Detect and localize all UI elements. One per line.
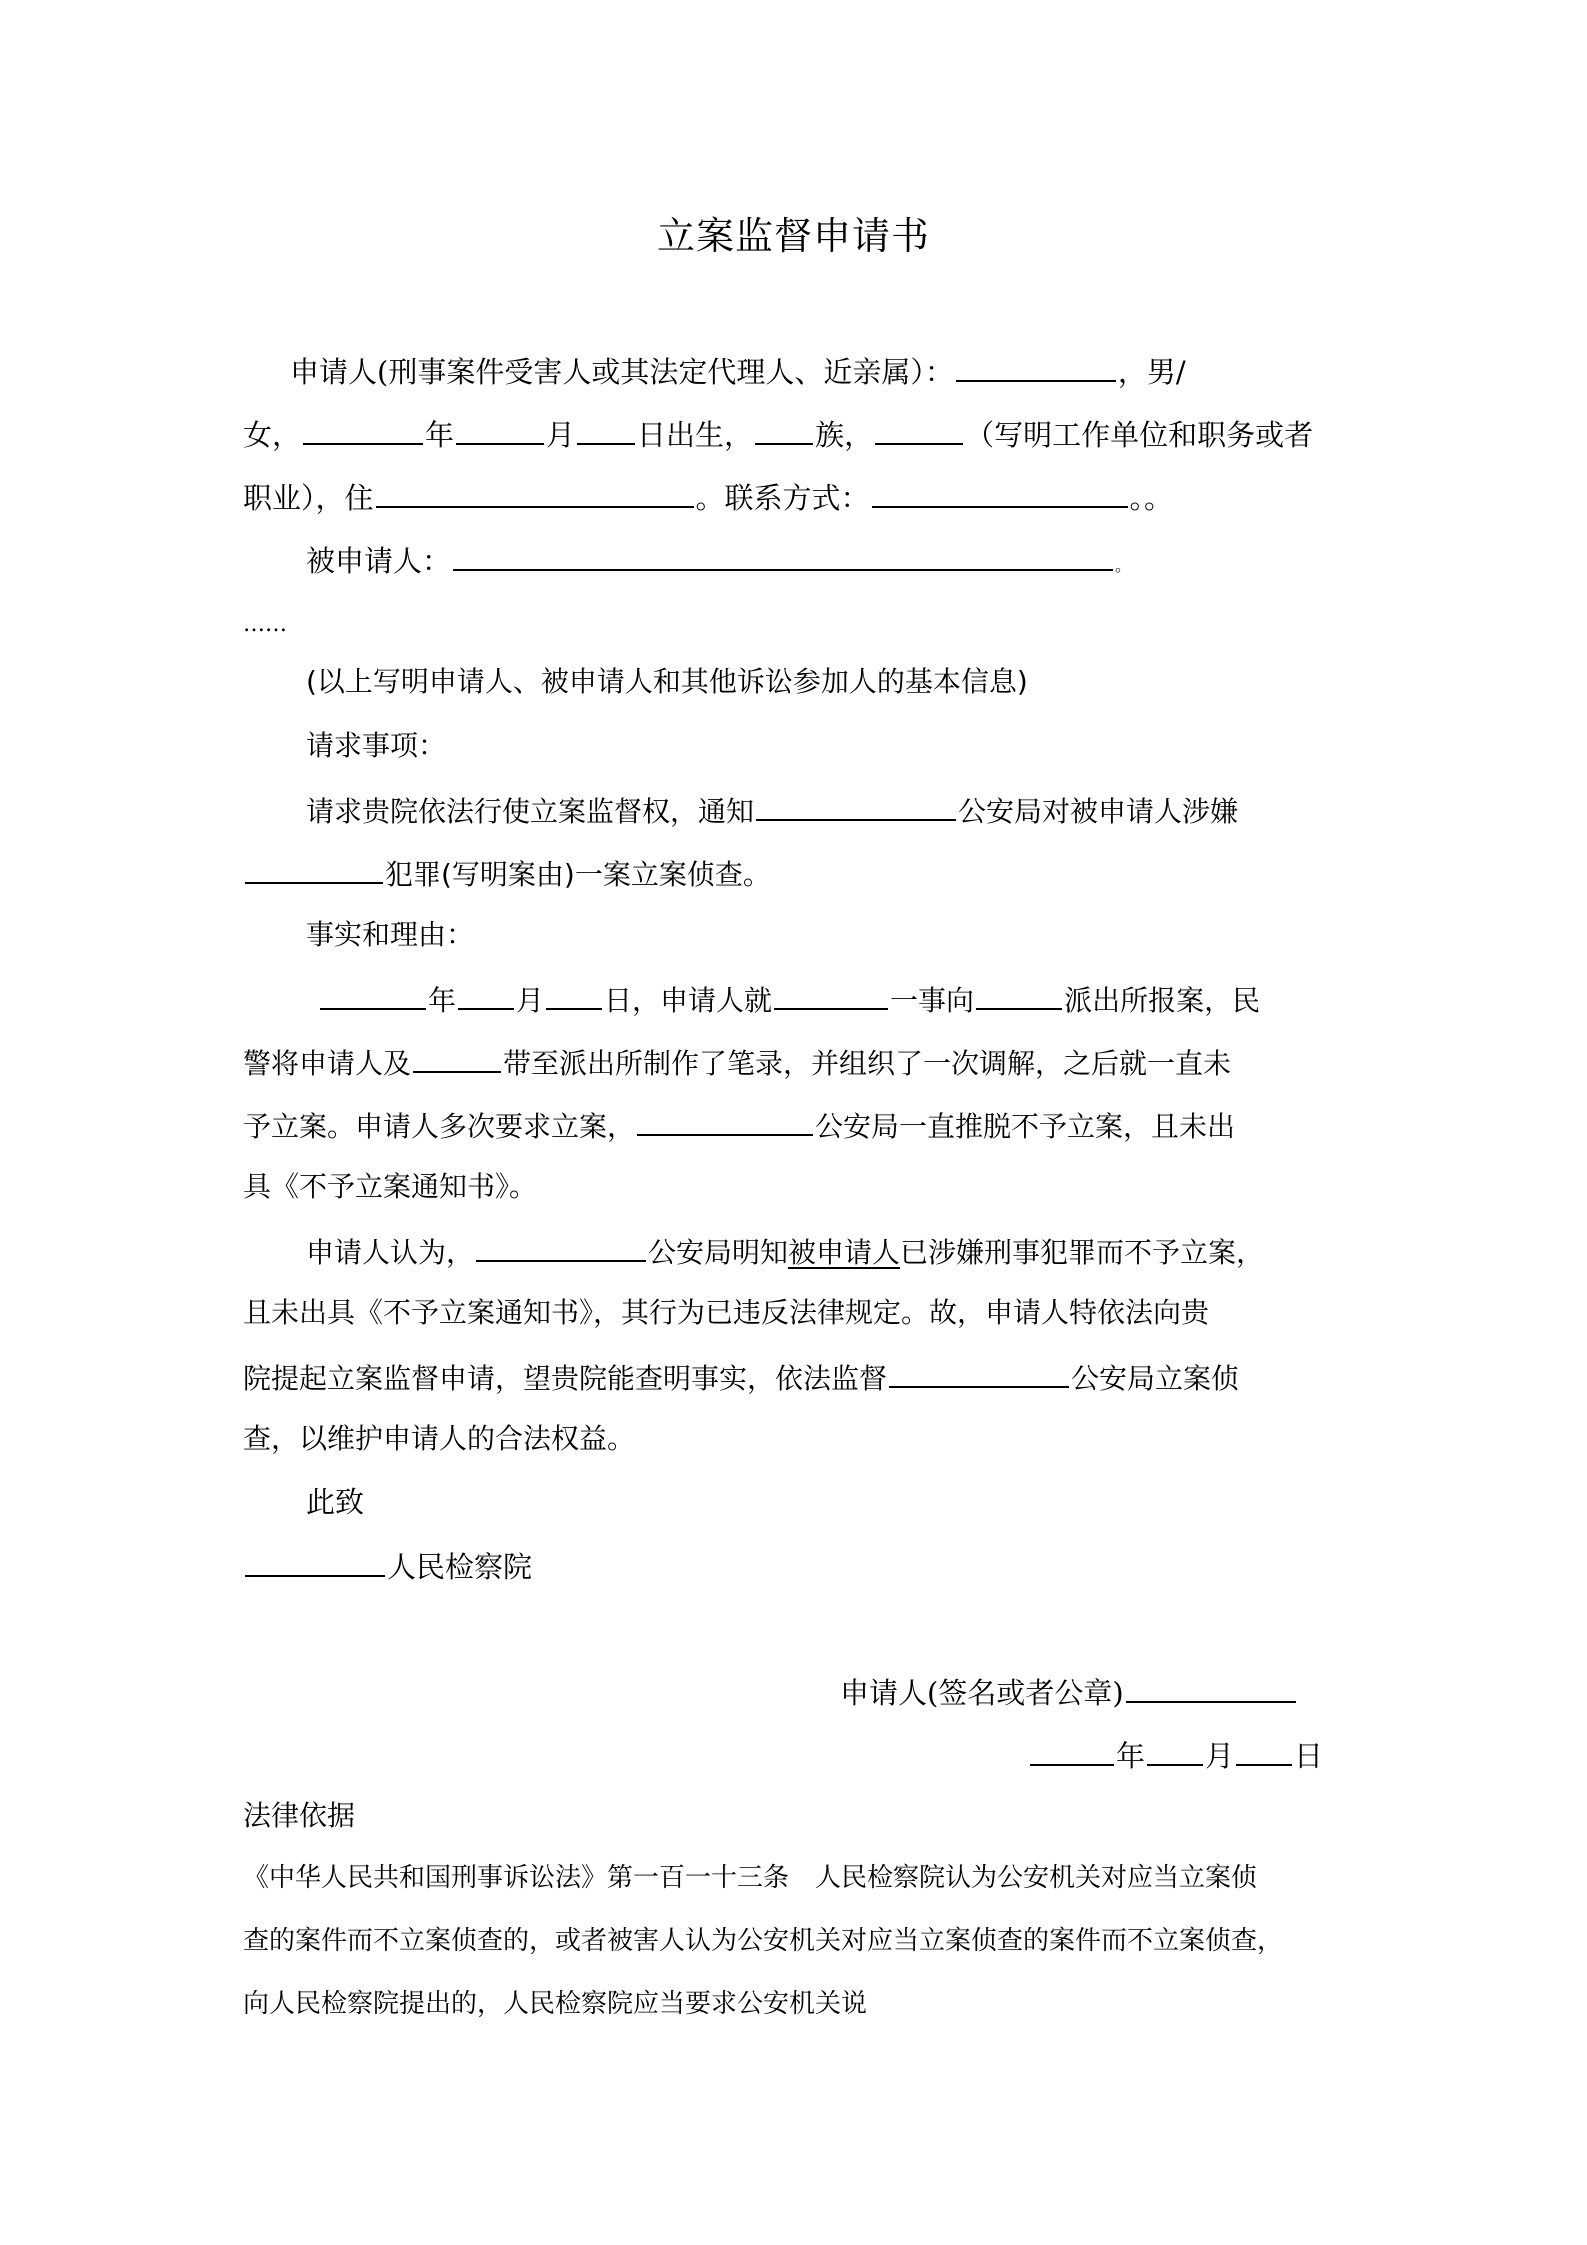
salutation: 此致 (306, 1482, 1426, 1522)
person-blank[interactable] (413, 1041, 501, 1073)
address-blank[interactable] (376, 476, 694, 508)
legal-basis-line-3: 向人民检察院提出的，人民检察院应当要求公安机关说 (243, 1984, 1363, 2024)
police-bureau-blank-3[interactable] (476, 1230, 646, 1262)
station-blank[interactable] (976, 978, 1062, 1010)
facts-text: 院提起立案监督申请，望贵院能查明事实，依法监督 (243, 1362, 887, 1395)
facts-p2-line-1: 申请人认为，公安局明知被申请人已涉嫌刑事犯罪而不予立案， (306, 1230, 1426, 1273)
sex-female-label: 女， (243, 418, 301, 452)
facts-heading: 事实和理由： (306, 915, 1426, 955)
facts-p1-line-1: 年月日，申请人就一事向派出所报案，民 (318, 978, 1438, 1021)
sex-label: ，男/ (1118, 355, 1186, 389)
signature-date-line: 年月日 (1028, 1734, 1368, 1776)
facts-p1-line-3: 予立案。申请人多次要求立案，公安局一直推脱不予立案，且未出 (243, 1104, 1363, 1147)
facts-text: 警将申请人及 (243, 1047, 411, 1080)
report-day-blank[interactable] (546, 978, 602, 1010)
facts-text: 公安局明知 (648, 1236, 788, 1269)
legal-basis-heading: 法律依据 (243, 1796, 1363, 1836)
procuratorate-label: 人民检察院 (387, 1550, 532, 1584)
signature-blank[interactable] (1126, 1671, 1296, 1703)
request-text-2: 公安局对被申请人涉嫌 (958, 795, 1238, 828)
crime-blank[interactable] (245, 852, 383, 884)
sign-month-blank[interactable] (1147, 1734, 1203, 1766)
legal-basis-line-2: 查的案件而不立案侦查的，或者被害人认为公安机关对应当立案侦查的案件而不立案侦查， (243, 1921, 1363, 1961)
facts-p1-line-4: 具《不予立案通知书》。 (243, 1167, 1363, 1207)
day-born-label: 日出生， (637, 418, 753, 452)
respondent-line: 被申请人：。 (306, 539, 1426, 586)
request-line-1: 请求贵院依法行使立案监督权，通知公安局对被申请人涉嫌 (306, 789, 1426, 832)
year-label: 年 (1116, 1739, 1145, 1773)
request-heading: 请求事项： (306, 726, 1426, 766)
respondent-end: 。 (1115, 556, 1131, 575)
facts-p2-line-3: 院提起立案监督申请，望贵院能查明事实，依法监督公安局立案侦 (243, 1356, 1363, 1399)
procuratorate-line: 人民检察院 (243, 1545, 1363, 1587)
month-label: 月 (1205, 1739, 1234, 1773)
work-note: （写明工作单位和职务或者 (965, 418, 1313, 452)
applicant-name-blank[interactable] (956, 350, 1116, 382)
birth-day-blank[interactable] (577, 413, 635, 445)
day-label: 日 (1294, 1739, 1323, 1773)
birth-year-blank[interactable] (303, 413, 423, 445)
day-label: 日，申请人就 (604, 984, 772, 1017)
document-page: 立案监督申请书 申请人(刑事案件受害人或其法定代理人、近亲属）：，男/ 女，年月… (0, 0, 1587, 2245)
request-line-2: 犯罪(写明案由)一案立案侦查。 (243, 852, 1363, 895)
ethnicity-blank[interactable] (755, 413, 813, 445)
contact-blank[interactable] (872, 476, 1128, 508)
underlined-respondent: 被申请人 (788, 1236, 900, 1269)
matter-label: 一事向 (890, 984, 974, 1017)
work-blank[interactable] (875, 413, 963, 445)
respondent-label: 被申请人： (306, 544, 451, 578)
basic-info-note: (以上写明申请人、被申请人和其他诉讼参加人的基本信息) (306, 662, 1426, 702)
applicant-label: 申请人(刑事案件受害人或其法定代理人、近亲属）： (290, 355, 954, 389)
year-label: 年 (425, 418, 454, 452)
report-month-blank[interactable] (458, 978, 514, 1010)
facts-p2-line-4: 查，以维护申请人的合法权益。 (243, 1419, 1363, 1459)
month-label: 月 (546, 418, 575, 452)
applicant-line-3: 职业），住。联系方式：。。 (243, 476, 1363, 518)
request-text-1: 请求贵院依法行使立案监督权，通知 (306, 795, 754, 828)
police-bureau-blank-4[interactable] (889, 1356, 1069, 1388)
respondent-blank[interactable] (453, 539, 1113, 571)
applicant-line-1: 申请人(刑事案件受害人或其法定代理人、近亲属）：，男/ (290, 350, 1410, 392)
facts-text: 带至派出所制作了笔录，并组织了一次调解，之后就一直未 (503, 1047, 1231, 1080)
facts-text: 申请人认为， (306, 1236, 474, 1269)
signature-line: 申请人(签名或者公章) (840, 1671, 1360, 1713)
contact-label: 。联系方式： (696, 481, 870, 515)
birth-month-blank[interactable] (456, 413, 544, 445)
facts-text: 已涉嫌刑事犯罪而不予立案， (900, 1236, 1264, 1269)
ethnicity-label: 族， (815, 418, 873, 452)
ellipsis: …… (243, 605, 1363, 645)
line-end: 。。 (1130, 481, 1174, 515)
police-bureau-blank-2[interactable] (637, 1104, 813, 1136)
facts-p2-line-2: 且未出具《不予立案通知书》，其行为已违反法律规定。故，申请人特依法向贵 (243, 1293, 1363, 1333)
facts-text: 予立案。申请人多次要求立案， (243, 1110, 635, 1143)
report-year-blank[interactable] (320, 978, 426, 1010)
facts-text: 公安局一直推脱不予立案，且未出 (815, 1110, 1235, 1143)
police-bureau-blank-1[interactable] (756, 789, 956, 821)
document-title: 立案监督申请书 (0, 205, 1587, 260)
sign-day-blank[interactable] (1236, 1734, 1292, 1766)
month-label: 月 (516, 984, 544, 1017)
facts-p1-line-2: 警将申请人及带至派出所制作了笔录，并组织了一次调解，之后就一直未 (243, 1041, 1363, 1084)
station-label: 派出所报案，民 (1064, 984, 1260, 1017)
request-text-3: 犯罪(写明案由)一案立案侦查。 (385, 858, 771, 891)
signature-label: 申请人(签名或者公章) (840, 1676, 1124, 1710)
address-label: 职业），住 (243, 481, 374, 515)
matter-blank[interactable] (774, 978, 888, 1010)
facts-text: 公安局立案侦 (1071, 1362, 1239, 1395)
procuratorate-blank[interactable] (245, 1545, 385, 1577)
legal-basis-line-1: 《中华人民共和国刑事诉讼法》第一百一十三条 人民检察院认为公安机关对应当立案侦 (243, 1858, 1363, 1898)
year-label: 年 (428, 984, 456, 1017)
sign-year-blank[interactable] (1030, 1734, 1114, 1766)
applicant-line-2: 女，年月日出生，族，（写明工作单位和职务或者 (243, 413, 1363, 455)
